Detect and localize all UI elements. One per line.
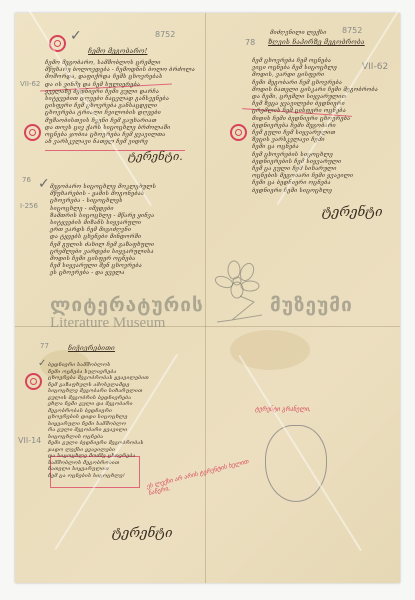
poem3-signature: ტერენტი <box>112 526 173 541</box>
poem3-title: ნიჭიერებითი <box>68 345 115 352</box>
red-circle-mark-icon <box>25 373 42 390</box>
museum-flower-logo-icon <box>212 260 272 330</box>
archive-mark-left-num: 76 <box>22 176 31 184</box>
watermark-georgian-right: მუზეუმი <box>270 294 353 316</box>
check-mark-icon: ✓ <box>70 28 82 44</box>
right-poem-subtitle: მიძღვნილი ლექსი <box>270 30 327 37</box>
archive-mark-left-top: VII-62 <box>20 80 40 88</box>
right-poem-title: ზღვის ნაპირზე მეგობრობა <box>268 39 365 46</box>
check-mark-icon: ✓ <box>38 358 46 369</box>
red-annotation-name: ტერენტი გრანელი, <box>255 406 311 413</box>
archive-number-top: 8752 <box>155 30 175 39</box>
check-mark-icon: ✓ <box>38 176 50 192</box>
archive-mark-top-mid: 78 <box>245 38 255 47</box>
red-circle-mark-icon <box>24 124 41 141</box>
paper-stain <box>230 330 310 370</box>
watermark-english: Literature Museum <box>50 315 165 332</box>
poem2-lines: მეგობარო სიცოცხლე მოკლებულს მწუხარების -… <box>50 184 156 276</box>
right-poem-body: ჩემ ცხოვრება ჩემ ოცნება ვიცი ოცნება ჩემ … <box>252 58 378 195</box>
poem2-body: მეგობარო სიცოცხლე მოკლებულს მწუხარების -… <box>50 184 156 278</box>
right-poem-lines: ჩემ ცხოვრება ჩემ ოცნება ვიცი ოცნება ჩემ … <box>252 58 378 194</box>
red-circle-mark-icon <box>230 124 247 141</box>
pencil-face-sketch <box>265 425 327 502</box>
vertical-fold-line <box>205 13 206 583</box>
poem1-title: ჩემო მეგობარო! <box>88 48 147 55</box>
archive-mark-left-bottom: VII-14 <box>18 436 41 445</box>
archive-mark-lower-num: 77 <box>40 342 49 350</box>
right-poem-signature: ტერენტი <box>322 205 383 220</box>
poem1-signature: ტერენტი. <box>128 150 183 163</box>
archive-mark-left-mid: I-256 <box>20 202 38 210</box>
watermark-georgian-left: ლიტერატურის <box>50 294 204 316</box>
archive-number-top-right: 8752 <box>342 26 362 35</box>
